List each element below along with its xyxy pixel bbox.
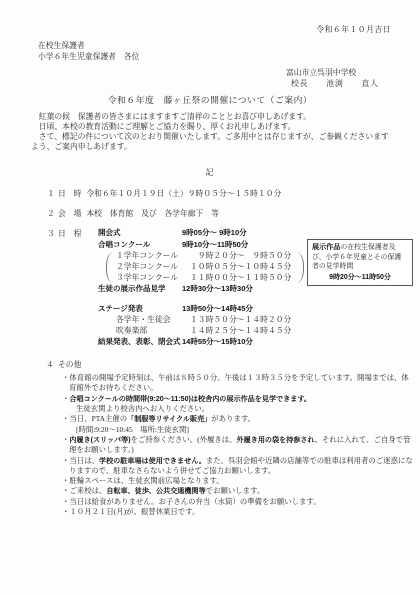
addressee-line-1: 在校生保護者 [38,40,139,51]
item-number: ３ [47,229,58,239]
schedule-time: １１時００分～１１時５０分 [190,273,291,283]
program-schedule: 開会式 9時05分～ 9時10分 合唱コンクール 9時10分～11時50分 １学… [98,228,308,349]
item-label: 日 程 [58,229,81,239]
schedule-time: 9時05分～ 9時10分 [182,228,247,238]
schedule-label: ステージ発表 [98,304,182,314]
item-label: その他 [58,360,81,370]
schedule-time: 14時55分～15時10分 [182,337,253,347]
schedule-label: 生徒の展示作品見学 [98,284,182,294]
bullet-text: 駐輪スペースは、生徒玄関前広場となります。 [69,476,223,485]
item-number: ４ [46,360,58,370]
chorus-sub-group: １学年コンクール ９時２０分～ ９時５０分 ２学年コンクール １０時０５分～１０… [108,251,300,284]
bullet-no-parking: ・当日は、学校の駐車場は使用できません。また、呉羽会館や近隣の店舗等での駐車は利… [62,456,414,477]
schedule-row-chorus: 合唱コンクール 9時10分～11時50分 [98,240,308,252]
schedule-row-opening: 開会式 9時05分～ 9時10分 [98,228,308,240]
schedule-time: １３時５０分～１４時２０分 [190,315,291,325]
schedule-label: 各学年・生徒会 [116,315,190,325]
bullet-text: でお願いします。 [206,486,265,495]
schedule-time: ９時２０分～ ９時５０分 [190,251,291,261]
schedule-row-closing: 結果発表、表彰、閉会式 14時55分～15時10分 [98,337,308,349]
bullet-opening-time: ・体育館の開場予定時刻は、午前は８時５０分、午後は１３時３５分を予定しています。… [62,373,414,394]
note-box-text: 展示作品の在校生保護者及び、小学６年児童とその保護者の見学時間 [312,243,408,272]
document-page: 令和６年１０月吉日 在校生保護者 小学６年生児童保護者 各位 富山市立呉羽中学校… [0,0,420,594]
bullet-lunch: ・当日は給食がありません。お子さんの弁当（水筒）の準備をお願いします。 [62,497,414,507]
schedule-row-exhibit: 生徒の展示作品見学 12時30分～13時30分 [98,284,308,296]
schedule-time: 9時10分～11時50分 [182,240,248,250]
bullet-transportation: ・ご来校は、自転車、徒歩、公共交通機関等でお願いします。 [62,486,414,496]
schedule-subrow-grade2: ２学年コンクール １０時０５分～１０時４５分 [116,262,292,273]
bullet-text-bold: 外履き用の袋を持参され [237,436,315,444]
greeting-line-3: さて、標記の件について次のとおり開催いたします。ご多用中とは存じますが、ご参観く… [31,132,395,152]
addressee-block: 在校生保護者 小学６年生児童保護者 各位 [38,40,139,62]
sender-block: 富山市立呉羽中学校 校長 池渕 直人 [286,67,379,89]
schedule-label: ２学年コンクール [116,262,190,272]
bullet-indoor-shoes: ・内履き(スリッパ等)をご持参ください。(外履きは、外履き用の袋を持参され、それ… [62,435,414,456]
other-heading: ４ その他 [46,360,412,370]
bullet-text: があります。 [211,414,255,423]
other-bullet-list: ・体育館の開場予定時刻は、午前は８時５０分、午後は１３時３５分を予定しています。… [62,373,414,517]
right-bracket-shape [296,252,304,283]
bullet-text: 体育館の開場予定時刻は、午前は８時５０分、午後は１３時３５分を予定しています。開… [69,373,409,392]
schedule-label: 吹奏楽部 [116,326,190,336]
bullet-bicycle-space: ・駐輪スペースは、生徒玄関前広場となります。 [62,476,414,486]
bullet-text: 当日は、 [69,456,99,465]
schedule-row-stage: ステージ発表 13時50分～14時45分 [98,304,308,316]
bullet-text-bold: 学校の駐車場は使用できません。 [99,457,206,465]
spacer [98,296,308,304]
left-bracket-shape [106,252,114,283]
bullet-text-bold: 内履き(スリッパ等) [69,436,130,444]
schedule-label: ３学年コンクール [116,273,190,283]
bullet-text: 当日、PTA主催の [69,414,127,423]
bullet-substitute-holiday: ・１０月２１日(月)が、振替休業日です。 [62,507,414,517]
item-value: 本校 体育館 及び 各学年廊下 等 [86,209,219,219]
stage-sub-group: 各学年・生徒会 １３時５０分～１４時２０分 吹奏楽部 １４時２５分～１４時４５分 [108,315,300,337]
schedule-subrow-grade1: １学年コンクール ９時２０分～ ９時５０分 [116,251,292,262]
schedule-subrow-grade3: ３学年コンクール １１時００分～１１時５０分 [116,273,292,284]
item-datetime: １ 日 時 令和６年１０月１９日（土）９時０５分～１５時１０分 [47,189,281,199]
schedule-time: １０時０５分～１０時４５分 [190,262,291,272]
schedule-subrow-band: 吹奏楽部 １４時２５分～１４時４５分 [116,326,292,337]
item-label: 会 場 [58,209,81,219]
bullet-text-bold: 合唱コンクールの時間帯(9:20～11:50)は校舎内の展示作品を見学できます。 [69,395,311,403]
bullet-text-bold: 「制服等リサイクル販売」 [127,415,211,423]
bullet-text: １０月２１日(月)が、振替休業日です。 [69,507,199,516]
schedule-time: 13時50分～14時45分 [182,304,253,314]
item-number: １ [47,189,58,199]
item-label: 日 時 [58,189,81,199]
viewing-time-note-box: 展示作品の在校生保護者及び、小学６年児童とその保護者の見学時間 9時20分～11… [307,239,413,286]
schedule-label: １学年コンクール [116,251,190,261]
schedule-subrow-grades: 各学年・生徒会 １３時５０分～１４時２０分 [116,315,292,326]
bullet-subline: [時間:9:20～10:45 場所:生徒玄関] [69,425,414,435]
greeting-line-2: 日頃、本校の教育活動にご理解とご協力を賜り、厚くお礼申しあげます。 [31,122,395,132]
schedule-label: 合唱コンクール [98,240,182,250]
other-section: ４ その他 ・体育館の開場予定時刻は、午前は８時５０分、午後は１３時３５分を予定… [46,360,412,517]
note-box-lead-bold: 展示作品 [312,243,340,251]
item-program: ３ 日 程 [47,229,81,239]
schedule-label: 開会式 [98,228,182,238]
greeting-paragraphs: 紅葉の候 保護者の皆さまにはますますご清祥のこととお喜び申しあげます。 日頃、本… [31,112,395,152]
schedule-time: 12時30分～13時30分 [182,284,253,294]
item-number: ２ [47,209,58,219]
sender-principal: 校長 池渕 直人 [291,78,379,89]
schedule-time: １４時２５分～１４時４５分 [190,326,291,336]
bullet-text: 当日は給食がありません。お子さんの弁当（水筒）の準備をお願いします。 [69,497,320,506]
addressee-line-2: 小学６年生児童保護者 各位 [38,51,139,62]
note-box-time: 9時20分～11時50分 [312,273,408,283]
schedule-label: 結果発表、表彰、閉会式 [98,337,182,347]
document-title: 令和６年度 藤ヶ丘祭の開催について（ご案内） [0,95,420,106]
bullet-subline: 生徒玄関より校舎内へお入りください。 [69,404,414,414]
item-value: 令和６年１０月１９日（土）９時０５分～１５時１０分 [86,189,281,199]
bullet-text-bold: 自転車、徒歩、公共交通機関等 [106,487,205,495]
sender-school: 富山市立呉羽中学校 [286,67,379,78]
greeting-line-1: 紅葉の候 保護者の皆さまにはますますご清祥のこととお喜び申しあげます。 [31,112,395,122]
issue-date: 令和６年１０月吉日 [316,25,391,35]
record-marker: 記 [0,168,420,178]
item-venue: ２ 会 場 本校 体育館 及び 各学年廊下 等 [47,209,219,219]
bullet-exhibit-viewing: ・合唱コンクールの時間帯(9:20～11:50)は校舎内の展示作品を見学できます… [62,394,414,415]
bullet-text: をご持参ください。(外履きは、 [131,435,237,444]
bullet-text: ご来校は、 [69,486,106,495]
bullet-pta-recycle: ・当日、PTA主催の「制服等リサイクル販売」があります。[時間:9:20～10:… [62,414,414,435]
